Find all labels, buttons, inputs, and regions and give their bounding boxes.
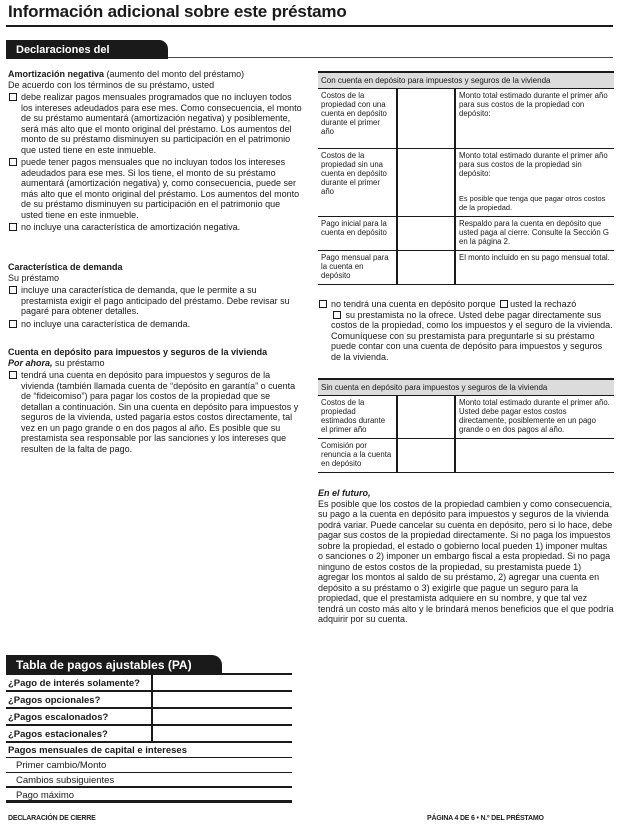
- checkbox[interactable]: [9, 93, 17, 101]
- title-divider: [6, 25, 613, 27]
- future-heading: En el futuro,: [318, 488, 371, 498]
- with-escrow-table-container: Con cuenta en depósito para impuestos y …: [318, 71, 614, 285]
- demand-feature-intro: Su préstamo: [8, 273, 304, 284]
- checkbox[interactable]: [9, 286, 17, 294]
- page-title: Información adicional sobre este préstam…: [8, 2, 347, 22]
- demand-feature-section: Característica de demanda Su préstamo in…: [8, 262, 304, 329]
- table-row: Pago inicial para la cuenta en depósito …: [318, 217, 614, 251]
- neg-amort-option-none: no incluye una característica de amortiz…: [8, 222, 304, 233]
- in-the-future-section: En el futuro, Es posible que los costos …: [318, 488, 614, 625]
- table-row: ¿Pagos escalonados?: [6, 709, 292, 726]
- not-offered-checkbox[interactable]: [333, 311, 341, 319]
- table-row: Pago mensual para la cuenta en depósito …: [318, 251, 614, 285]
- checkbox[interactable]: [9, 371, 17, 379]
- value-cell[interactable]: [151, 692, 294, 709]
- demand-option-includes: incluye una característica de demanda, q…: [8, 285, 304, 317]
- escrow-section: Cuenta en depósito para impuestos y segu…: [8, 347, 304, 454]
- value-cell[interactable]: [151, 675, 294, 692]
- table-row: Pago máximo: [6, 788, 292, 803]
- value-cell[interactable]: [397, 89, 455, 149]
- section-tab-loan-disclosures: Declaraciones del préstamo: [6, 40, 168, 59]
- footer-document-name: DECLARACIÓN DE CIERRE: [8, 815, 96, 822]
- value-cell[interactable]: [397, 396, 455, 439]
- checkbox[interactable]: [9, 158, 17, 166]
- escrow-option-will-have: tendrá una cuenta en depósito para impue…: [8, 370, 304, 454]
- with-escrow-table: Con cuenta en depósito para impuestos y …: [318, 71, 614, 285]
- checkbox[interactable]: [319, 300, 327, 308]
- table-row: ¿Pagos estacionales?: [6, 726, 292, 743]
- negative-amortization-intro: De acuerdo con los términos de su présta…: [8, 80, 304, 91]
- declined-checkbox[interactable]: [500, 300, 508, 308]
- value-cell[interactable]: [151, 709, 294, 726]
- with-escrow-table-header: Con cuenta en depósito para impuestos y …: [318, 72, 614, 89]
- table-row: Comisión por renuncia a la cuenta en dep…: [318, 439, 614, 473]
- monthly-payments-heading-row: Pagos mensuales de capital e intereses: [6, 743, 292, 758]
- value-cell[interactable]: [397, 217, 455, 251]
- negative-amortization-subheading: (aumento del monto del préstamo): [104, 69, 244, 79]
- escrow-intro: su préstamo: [53, 358, 105, 368]
- table-row: Cambios subsiguientes: [6, 773, 292, 788]
- ap-table: ¿Pago de interés solamente? ¿Pagos opcio…: [6, 675, 292, 803]
- table-row: Primer cambio/Monto: [6, 758, 292, 773]
- table-row: ¿Pagos opcionales?: [6, 692, 292, 709]
- table-row: Costos de la propiedad con una cuenta en…: [318, 89, 614, 149]
- negative-amortization-heading: Amortización negativa: [8, 69, 104, 79]
- future-text: Es posible que los costos de la propieda…: [318, 499, 614, 625]
- demand-feature-heading: Característica de demanda: [8, 262, 304, 273]
- value-cell[interactable]: [151, 726, 294, 743]
- neg-amort-option-may-have: puede tener pagos mensuales que no inclu…: [8, 157, 304, 220]
- without-escrow-table: Sin cuenta en depósito para impuestos y …: [318, 378, 614, 473]
- value-cell[interactable]: [397, 149, 455, 217]
- section-tab-ap-table: Tabla de pagos ajustables (PA): [6, 655, 222, 675]
- value-cell[interactable]: [397, 439, 455, 473]
- without-escrow-table-container: Sin cuenta en depósito para impuestos y …: [318, 378, 614, 473]
- checkbox[interactable]: [9, 223, 17, 231]
- table-row: Costos de la propiedad estimados durante…: [318, 396, 614, 439]
- table-row: ¿Pago de interés solamente?: [6, 675, 292, 692]
- escrow-intro-italic: Por ahora,: [8, 358, 53, 368]
- without-escrow-table-header: Sin cuenta en depósito para impuestos y …: [318, 379, 614, 396]
- neg-amort-option-scheduled: debe realizar pagos mensuales programado…: [8, 92, 304, 155]
- footer-page-number: PÁGINA 4 DE 6 • N.º DEL PRÉSTAMO: [427, 815, 544, 822]
- demand-option-none: no incluye una característica de demanda…: [8, 319, 304, 330]
- no-escrow-option: no tendrá una cuenta en depósito porque …: [318, 299, 614, 362]
- escrow-heading: Cuenta en depósito para impuestos y segu…: [8, 347, 304, 358]
- value-cell[interactable]: [397, 251, 455, 285]
- table-row: Costos de la propiedad sin una cuenta en…: [318, 149, 614, 217]
- section-divider: [168, 57, 613, 58]
- checkbox[interactable]: [9, 320, 17, 328]
- negative-amortization-section: Amortización negativa (aumento del monto…: [8, 69, 304, 233]
- other-costs-note: Es posible que tenga que pagar otros cos…: [459, 194, 611, 212]
